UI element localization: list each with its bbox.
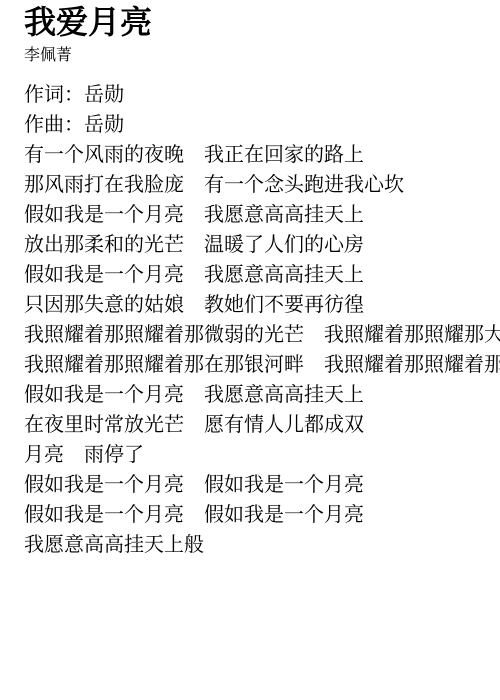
lyric-line: 月亮 雨停了 [24, 440, 500, 470]
lyric-line: 只因那失意的姑娘 教她们不要再彷徨 [24, 290, 500, 320]
lyric-line: 有一个风雨的夜晚 我正在回家的路上 [24, 140, 500, 170]
lyric-line: 那风雨打在我脸庞 有一个念头跑进我心坎 [24, 170, 500, 200]
lyric-line: 假如我是一个月亮 假如我是一个月亮 [24, 470, 500, 500]
lyric-line: 假如我是一个月亮 假如我是一个月亮 [24, 500, 500, 530]
lyric-line: 假如我是一个月亮 我愿意高高挂天上 [24, 200, 500, 230]
lyric-line: 我照耀着那照耀着那在那银河畔 我照耀着那照耀着那 [24, 350, 500, 380]
lyric-line: 作曲：岳勋 [24, 110, 500, 140]
lyric-line: 假如我是一个月亮 我愿意高高挂天上 [24, 380, 500, 410]
lyric-line: 在夜里时常放光芒 愿有情人儿都成双 [24, 410, 500, 440]
lyric-line: 作词：岳勋 [24, 80, 500, 110]
lyrics: 作词：岳勋作曲：岳勋有一个风雨的夜晚 我正在回家的路上那风雨打在我脸庞 有一个念… [24, 80, 500, 560]
lyrics-page: 我爱月亮 李佩菁 作词：岳勋作曲：岳勋有一个风雨的夜晚 我正在回家的路上那风雨打… [0, 0, 500, 560]
lyric-line: 假如我是一个月亮 我愿意高高挂天上 [24, 260, 500, 290]
lyric-line: 我愿意高高挂天上般 [24, 530, 500, 560]
artist-name: 李佩菁 [24, 46, 500, 66]
song-title: 我爱月亮 [24, 4, 500, 40]
lyric-line: 我照耀着那照耀着那微弱的光芒 我照耀着那照耀那大 [24, 320, 500, 350]
lyric-line: 放出那柔和的光芒 温暖了人们的心房 [24, 230, 500, 260]
